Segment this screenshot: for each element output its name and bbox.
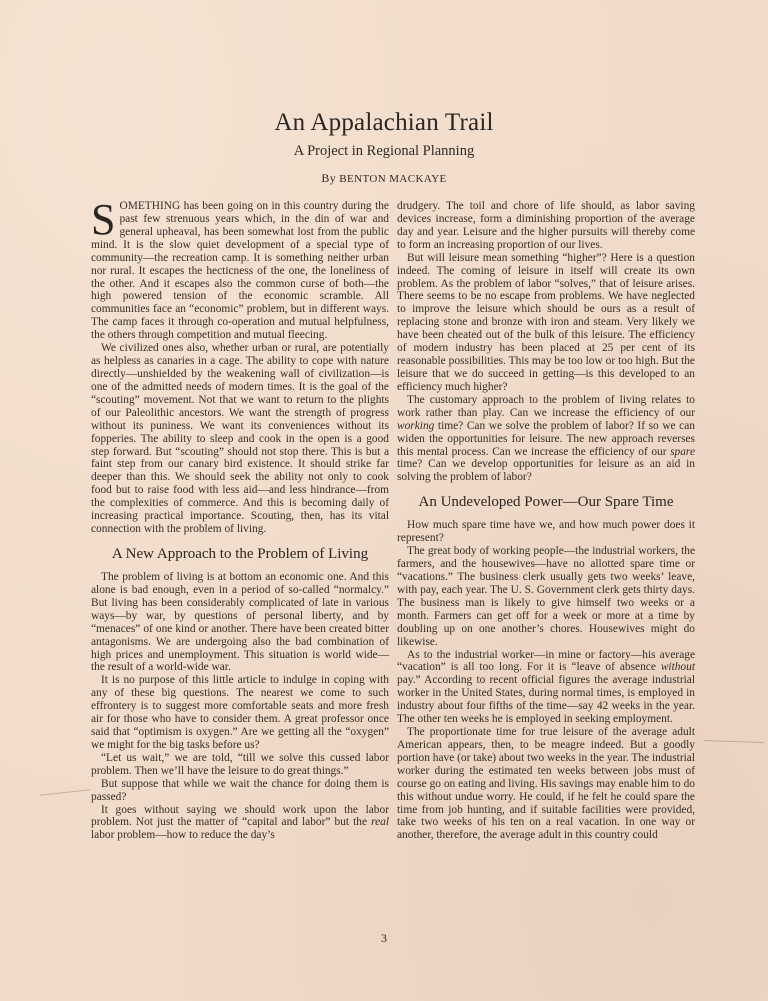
paragraph: The proportionate time for true leisure … <box>397 726 695 842</box>
paragraph-opening: SOMETHING has been going on in this coun… <box>91 200 389 342</box>
paragraph: How much spare time have we, and how muc… <box>397 519 695 545</box>
opening-text: OMETHING has been going on in this count… <box>91 200 389 341</box>
text-run: time? Can we solve the problem of labor?… <box>397 420 695 458</box>
paragraph: “Let us wait,” we are told, “till we sol… <box>91 752 389 778</box>
emphasis: working <box>397 420 434 432</box>
page-number: 3 <box>0 931 768 946</box>
magazine-page: An Appalachian Trail A Project in Region… <box>0 0 768 1001</box>
paragraph: But suppose that while we wait the chanc… <box>91 778 389 804</box>
paragraph: It is no purpose of this little article … <box>91 674 389 752</box>
byline-prefix: By <box>321 171 336 185</box>
paragraph: It goes without saying we should work up… <box>91 804 389 843</box>
drop-cap: S <box>91 202 115 238</box>
right-column: drudgery. The toil and chore of life sho… <box>397 200 695 842</box>
emphasis: spare <box>670 446 695 458</box>
left-column: SOMETHING has been going on in this coun… <box>91 200 389 842</box>
article-subtitle: A Project in Regional Planning <box>0 143 768 160</box>
text-run: It goes without saying we should work up… <box>91 804 389 829</box>
emphasis: real <box>371 816 389 828</box>
author-name: BENTON MACKAYE <box>339 173 446 185</box>
paper-crease-mark <box>40 789 90 795</box>
paper-crease-mark <box>704 740 764 743</box>
paragraph: We civilized ones also, whether urban or… <box>91 342 389 536</box>
emphasis: without <box>661 661 695 673</box>
paragraph: But will leisure mean something “higher”… <box>397 252 695 394</box>
text-run: pay.” According to recent official figur… <box>397 674 695 725</box>
article-title: An Appalachian Trail <box>0 109 768 137</box>
section-heading-spare-time: An Undeveloped Power—Our Spare Time <box>397 494 695 511</box>
section-heading-new-approach: A New Approach to the Problem of Living <box>91 546 389 563</box>
text-run: As to the industrial worker—in mine or f… <box>397 649 695 674</box>
paragraph: As to the industrial worker—in mine or f… <box>397 649 695 727</box>
byline: By BENTON MACKAYE <box>0 171 768 186</box>
text-run: labor problem—how to reduce the day’s <box>91 829 275 841</box>
paragraph: The problem of living is at bottom an ec… <box>91 571 389 674</box>
paragraph-continued: drudgery. The toil and chore of life sho… <box>397 200 695 252</box>
text-run: The customary approach to the problem of… <box>397 394 695 419</box>
paragraph: The customary approach to the problem of… <box>397 394 695 484</box>
paragraph: The great body of working people—the ind… <box>397 545 695 648</box>
text-run: time? Can we develop opportunities for l… <box>397 458 695 483</box>
